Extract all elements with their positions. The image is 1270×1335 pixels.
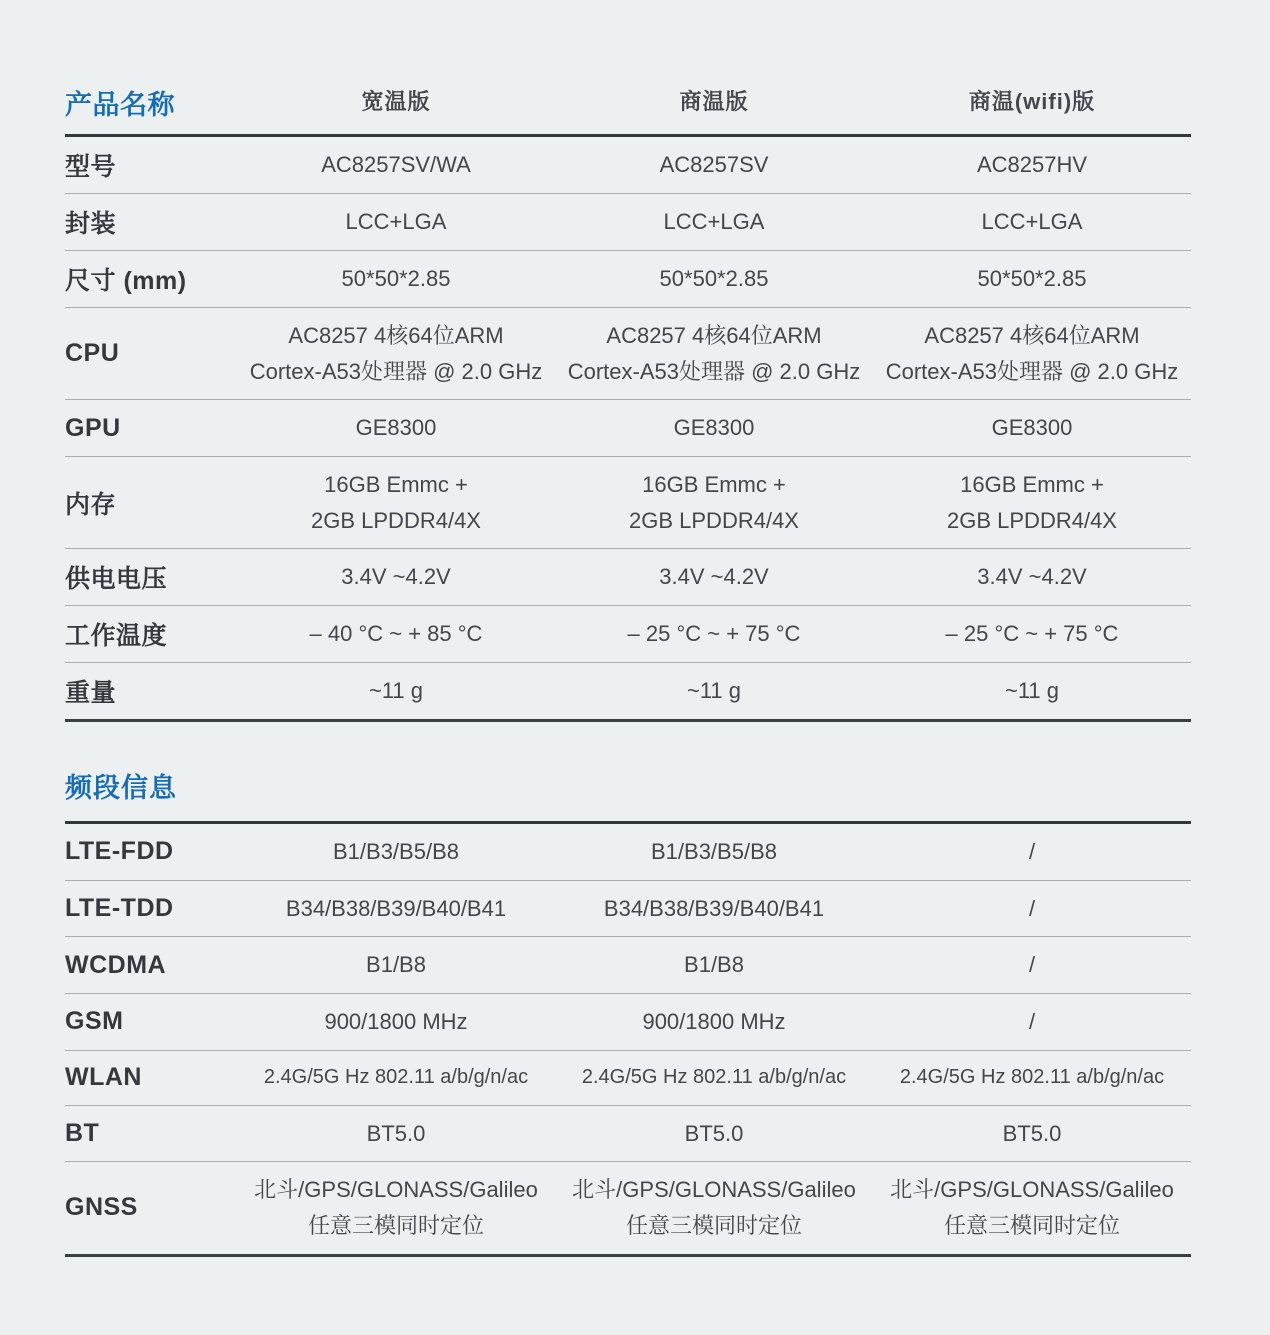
- row-value-line: AC8257 4核64位ARM: [561, 318, 867, 354]
- band-info-table: 频段信息 LTE-FDDB1/B3/B5/B8B1/B3/B5/B8/LTE-T…: [65, 766, 1191, 1256]
- spec-table-body: 型号AC8257SV/WAAC8257SVAC8257HV封装LCC+LGALC…: [65, 137, 1191, 722]
- table-row: LTE-FDDB1/B3/B5/B8B1/B3/B5/B8/: [65, 824, 1191, 881]
- row-value: 北斗/GPS/GLONASS/Galileo任意三模同时定位: [555, 1162, 873, 1253]
- row-value: ~11 g: [555, 663, 873, 719]
- row-value: /: [873, 994, 1191, 1050]
- row-label: CPU: [65, 329, 237, 378]
- row-label: 供电电压: [65, 549, 237, 605]
- row-value: 北斗/GPS/GLONASS/Galileo任意三模同时定位: [237, 1162, 555, 1253]
- row-value: GE8300: [237, 400, 555, 456]
- row-value-line: B34/B38/B39/B40/B41: [561, 891, 867, 927]
- row-value-line: 北斗/GPS/GLONASS/Galileo: [243, 1172, 549, 1208]
- row-value: GE8300: [555, 400, 873, 456]
- row-label: LTE-TDD: [65, 884, 237, 933]
- row-value-line: ~11 g: [879, 673, 1185, 709]
- row-value-line: 3.4V ~4.2V: [561, 559, 867, 595]
- row-value-line: ~11 g: [243, 673, 549, 709]
- product-spec-table: 产品名称 宽温版 商温版 商温(wifi)版 型号AC8257SV/WAAC82…: [65, 70, 1191, 722]
- table-row: 供电电压3.4V ~4.2V3.4V ~4.2V3.4V ~4.2V: [65, 549, 1191, 606]
- table-row: BTBT5.0BT5.0BT5.0: [65, 1106, 1191, 1163]
- spec-header-column-wide-temp: 宽温版: [237, 74, 555, 130]
- spec-table-header-row: 产品名称 宽温版 商温版 商温(wifi)版: [65, 70, 1191, 137]
- row-value-line: 900/1800 MHz: [243, 1004, 549, 1040]
- row-value: LCC+LGA: [873, 194, 1191, 250]
- row-value: AC8257HV: [873, 137, 1191, 193]
- row-value-line: Cortex-A53处理器 @ 2.0 GHz: [879, 354, 1185, 390]
- row-value-line: B1/B3/B5/B8: [561, 834, 867, 870]
- row-value: AC8257SV/WA: [237, 137, 555, 193]
- row-value-line: 16GB Emmc +: [879, 467, 1185, 503]
- row-label: 内存: [65, 475, 237, 531]
- row-value-line: 2.4G/5G Hz 802.11 a/b/g/n/ac: [243, 1061, 549, 1093]
- row-value-line: B1/B3/B5/B8: [243, 834, 549, 870]
- row-value: BT5.0: [555, 1106, 873, 1162]
- row-value-line: 16GB Emmc +: [561, 467, 867, 503]
- table-row: 重量~11 g~11 g~11 g: [65, 663, 1191, 722]
- row-value-line: 北斗/GPS/GLONASS/Galileo: [561, 1172, 867, 1208]
- row-value: 3.4V ~4.2V: [237, 549, 555, 605]
- row-value: 3.4V ~4.2V: [873, 549, 1191, 605]
- row-value: 2.4G/5G Hz 802.11 a/b/g/n/ac: [555, 1051, 873, 1103]
- table-row: WLAN2.4G/5G Hz 802.11 a/b/g/n/ac2.4G/5G …: [65, 1051, 1191, 1106]
- row-label: WLAN: [65, 1053, 237, 1102]
- row-value: B34/B38/B39/B40/B41: [555, 881, 873, 937]
- row-value: GE8300: [873, 400, 1191, 456]
- row-label: 封装: [65, 194, 237, 250]
- row-value-line: 2GB LPDDR4/4X: [879, 503, 1185, 539]
- row-value: ~11 g: [237, 663, 555, 719]
- row-value-line: LCC+LGA: [879, 204, 1185, 240]
- row-value: 50*50*2.85: [873, 251, 1191, 307]
- table-row: GSM900/1800 MHz900/1800 MHz/: [65, 994, 1191, 1051]
- row-value-line: AC8257SV/WA: [243, 147, 549, 183]
- row-value: B34/B38/B39/B40/B41: [237, 881, 555, 937]
- row-value: /: [873, 881, 1191, 937]
- row-value-line: BT5.0: [561, 1116, 867, 1152]
- row-value-line: 3.4V ~4.2V: [243, 559, 549, 595]
- row-value-line: 50*50*2.85: [243, 261, 549, 297]
- spec-header-column-commercial-temp-wifi: 商温(wifi)版: [873, 74, 1191, 130]
- table-row: LTE-TDDB34/B38/B39/B40/B41B34/B38/B39/B4…: [65, 881, 1191, 938]
- row-value-line: AC8257 4核64位ARM: [879, 318, 1185, 354]
- row-value-line: BT5.0: [243, 1116, 549, 1152]
- row-value-line: ~11 g: [561, 673, 867, 709]
- row-value: – 40 °C ~ + 85 °C: [237, 606, 555, 662]
- row-value: 16GB Emmc +2GB LPDDR4/4X: [873, 457, 1191, 548]
- table-row: 封装LCC+LGALCC+LGALCC+LGA: [65, 194, 1191, 251]
- band-section-title: 频段信息: [65, 773, 177, 803]
- row-value: AC8257SV: [555, 137, 873, 193]
- row-value: 3.4V ~4.2V: [555, 549, 873, 605]
- table-row: 尺寸 (mm)50*50*2.8550*50*2.8550*50*2.85: [65, 251, 1191, 308]
- row-value-line: AC8257HV: [879, 147, 1185, 183]
- row-value: ~11 g: [873, 663, 1191, 719]
- table-row: 工作温度– 40 °C ~ + 85 °C– 25 °C ~ + 75 °C– …: [65, 606, 1191, 663]
- row-value: /: [873, 824, 1191, 880]
- row-value-line: BT5.0: [879, 1116, 1185, 1152]
- row-value: LCC+LGA: [555, 194, 873, 250]
- row-label: GPU: [65, 404, 237, 453]
- row-value-line: 50*50*2.85: [561, 261, 867, 297]
- row-value-line: 北斗/GPS/GLONASS/Galileo: [879, 1172, 1185, 1208]
- row-value-line: 任意三模同时定位: [879, 1208, 1185, 1244]
- row-value-line: GE8300: [561, 410, 867, 446]
- row-value-line: 2.4G/5G Hz 802.11 a/b/g/n/ac: [561, 1061, 867, 1093]
- row-value: 2.4G/5G Hz 802.11 a/b/g/n/ac: [237, 1051, 555, 1103]
- table-row: GNSS北斗/GPS/GLONASS/Galileo任意三模同时定位北斗/GPS…: [65, 1162, 1191, 1256]
- row-value-line: 任意三模同时定位: [561, 1208, 867, 1244]
- row-value-line: GE8300: [243, 410, 549, 446]
- row-value-line: 任意三模同时定位: [243, 1208, 549, 1244]
- row-value-line: /: [879, 1004, 1185, 1040]
- row-value: 北斗/GPS/GLONASS/Galileo任意三模同时定位: [873, 1162, 1191, 1253]
- row-value-line: 2GB LPDDR4/4X: [243, 503, 549, 539]
- row-value-line: /: [879, 947, 1185, 983]
- row-value-line: LCC+LGA: [561, 204, 867, 240]
- table-row: GPUGE8300GE8300GE8300: [65, 400, 1191, 457]
- table-row: 内存16GB Emmc +2GB LPDDR4/4X16GB Emmc +2GB…: [65, 457, 1191, 549]
- row-value: – 25 °C ~ + 75 °C: [555, 606, 873, 662]
- row-value: 16GB Emmc +2GB LPDDR4/4X: [237, 457, 555, 548]
- row-value-line: 2.4G/5G Hz 802.11 a/b/g/n/ac: [879, 1061, 1185, 1093]
- product-spec-sheet: 产品名称 宽温版 商温版 商温(wifi)版 型号AC8257SV/WAAC82…: [65, 0, 1191, 1257]
- row-value-line: 900/1800 MHz: [561, 1004, 867, 1040]
- row-value: B1/B3/B5/B8: [555, 824, 873, 880]
- band-section-header-row: 频段信息: [65, 766, 1191, 824]
- row-value: 900/1800 MHz: [555, 994, 873, 1050]
- row-value-line: LCC+LGA: [243, 204, 549, 240]
- row-value-line: AC8257 4核64位ARM: [243, 318, 549, 354]
- row-label: 工作温度: [65, 606, 237, 662]
- row-value: LCC+LGA: [237, 194, 555, 250]
- table-row: 型号AC8257SV/WAAC8257SVAC8257HV: [65, 137, 1191, 194]
- row-value-line: 16GB Emmc +: [243, 467, 549, 503]
- row-value-line: AC8257SV: [561, 147, 867, 183]
- spec-header-product-name: 产品名称: [65, 73, 237, 132]
- row-value-line: 2GB LPDDR4/4X: [561, 503, 867, 539]
- row-value-line: /: [879, 891, 1185, 927]
- table-row: WCDMAB1/B8B1/B8/: [65, 937, 1191, 994]
- row-value: B1/B8: [237, 937, 555, 993]
- row-value: 900/1800 MHz: [237, 994, 555, 1050]
- row-value: BT5.0: [237, 1106, 555, 1162]
- row-value-line: 50*50*2.85: [879, 261, 1185, 297]
- row-label: 型号: [65, 137, 237, 193]
- row-value: 50*50*2.85: [555, 251, 873, 307]
- row-value-line: B1/B8: [561, 947, 867, 983]
- row-value: AC8257 4核64位ARMCortex-A53处理器 @ 2.0 GHz: [555, 308, 873, 399]
- row-value: /: [873, 937, 1191, 993]
- row-label: GSM: [65, 997, 237, 1046]
- row-value: – 25 °C ~ + 75 °C: [873, 606, 1191, 662]
- row-value: BT5.0: [873, 1106, 1191, 1162]
- row-value-line: – 40 °C ~ + 85 °C: [243, 616, 549, 652]
- row-value: B1/B8: [555, 937, 873, 993]
- row-value: 2.4G/5G Hz 802.11 a/b/g/n/ac: [873, 1051, 1191, 1103]
- band-table-body: LTE-FDDB1/B3/B5/B8B1/B3/B5/B8/LTE-TDDB34…: [65, 824, 1191, 1256]
- row-value-line: Cortex-A53处理器 @ 2.0 GHz: [243, 354, 549, 390]
- row-value-line: B1/B8: [243, 947, 549, 983]
- row-label: GNSS: [65, 1183, 237, 1232]
- row-value: AC8257 4核64位ARMCortex-A53处理器 @ 2.0 GHz: [237, 308, 555, 399]
- row-value: B1/B3/B5/B8: [237, 824, 555, 880]
- row-label: BT: [65, 1109, 237, 1158]
- row-label: LTE-FDD: [65, 827, 237, 876]
- row-value-line: B34/B38/B39/B40/B41: [243, 891, 549, 927]
- row-value: 50*50*2.85: [237, 251, 555, 307]
- row-label: 重量: [65, 663, 237, 719]
- row-value-line: 3.4V ~4.2V: [879, 559, 1185, 595]
- row-value-line: Cortex-A53处理器 @ 2.0 GHz: [561, 354, 867, 390]
- row-label: 尺寸 (mm): [65, 251, 237, 307]
- row-label: WCDMA: [65, 941, 237, 990]
- row-value-line: /: [879, 834, 1185, 870]
- row-value-line: – 25 °C ~ + 75 °C: [561, 616, 867, 652]
- table-row: CPUAC8257 4核64位ARMCortex-A53处理器 @ 2.0 GH…: [65, 308, 1191, 400]
- spec-header-column-commercial-temp: 商温版: [555, 74, 873, 130]
- row-value-line: GE8300: [879, 410, 1185, 446]
- row-value-line: – 25 °C ~ + 75 °C: [879, 616, 1185, 652]
- row-value: AC8257 4核64位ARMCortex-A53处理器 @ 2.0 GHz: [873, 308, 1191, 399]
- row-value: 16GB Emmc +2GB LPDDR4/4X: [555, 457, 873, 548]
